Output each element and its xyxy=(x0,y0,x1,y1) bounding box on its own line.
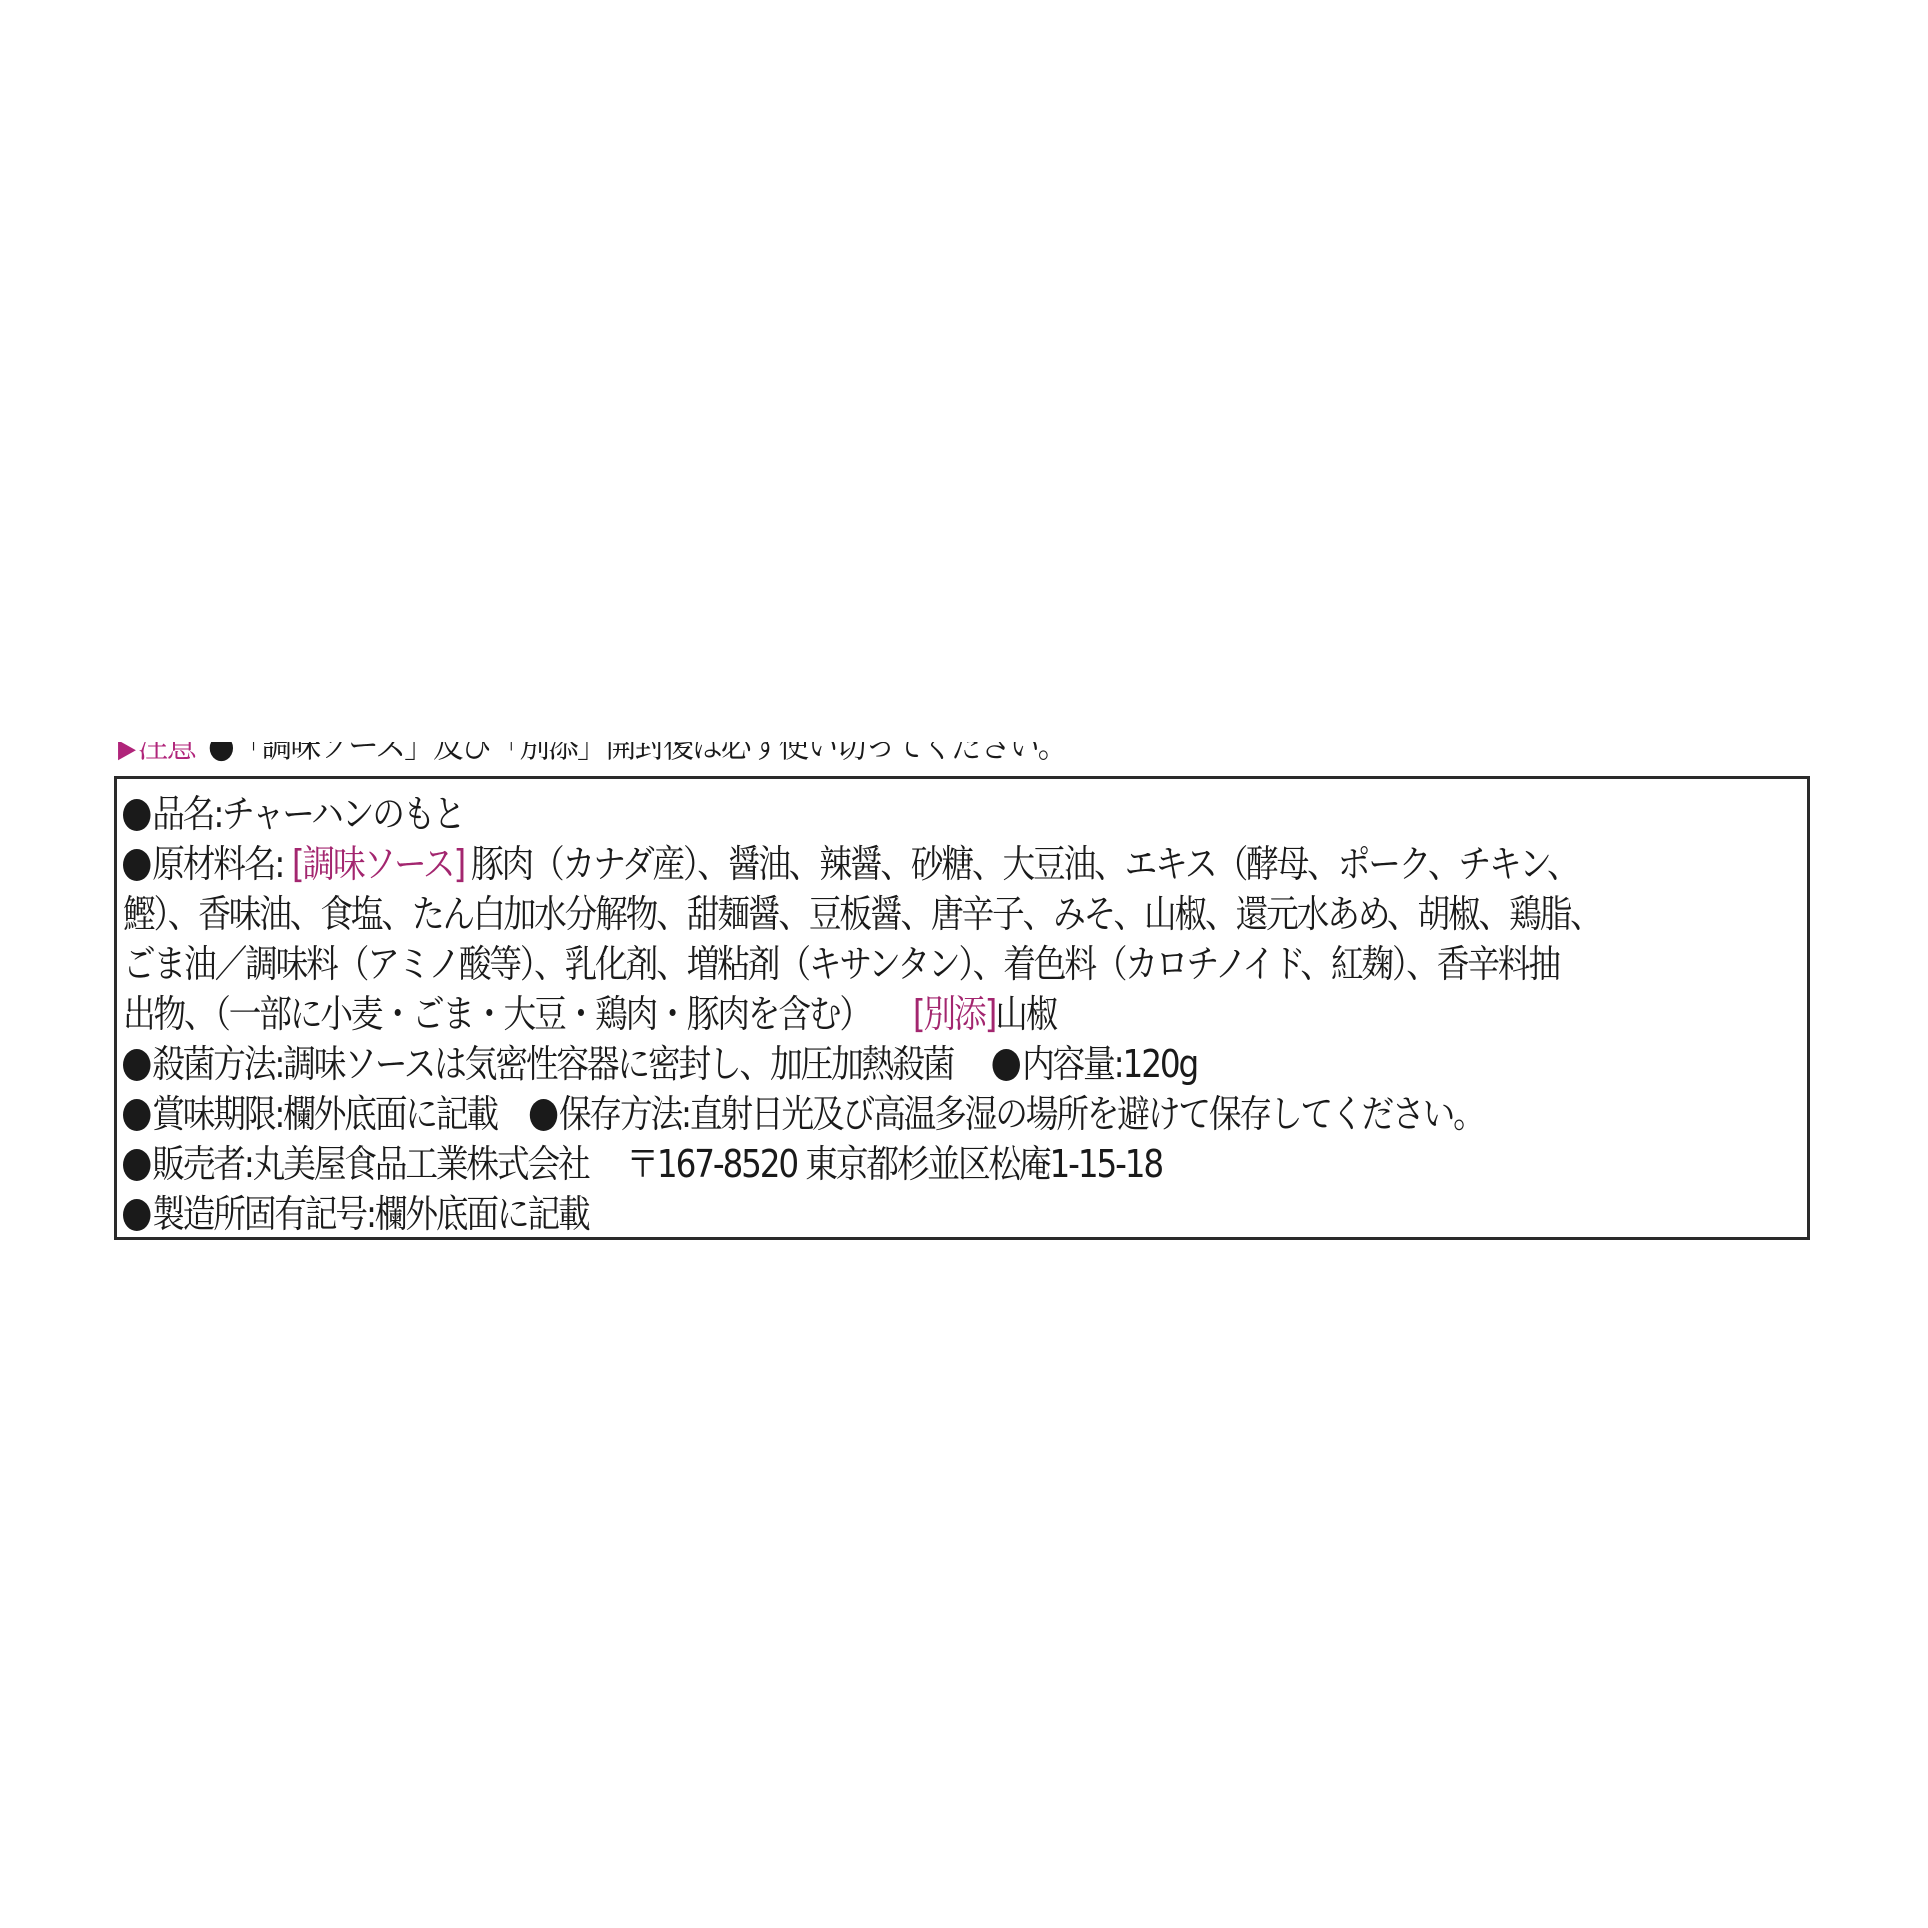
separator: : xyxy=(274,1042,283,1086)
ingredients-key: 原材料名 xyxy=(152,842,274,886)
bullet-icon xyxy=(993,1049,1021,1081)
separator: : xyxy=(366,1192,375,1236)
bullet-icon xyxy=(123,799,151,831)
sterilization-value: 調味ソースは気密性容器に密封し、加圧加熱殺菌 xyxy=(283,1042,953,1086)
sauce-tag: [調味ソース] xyxy=(292,842,464,886)
caution-text: ●「調味ソース」及び「別添」開封後は必ず使い切ってください。 xyxy=(208,742,1067,766)
bullet-icon xyxy=(123,1049,151,1081)
ingredients-line-1: 豚肉（カナダ産）、醤油、辣醤、砂糖、大豆油、エキス（酵母、ポーク、チキン、 xyxy=(471,842,1578,886)
bullet-icon xyxy=(123,1199,151,1231)
row-ingredients-2: 鰹）、香味油、食塩、たん白加水分解物、甜麺醤、豆板醤、唐辛子、みそ、山椒、還元水… xyxy=(123,889,1576,939)
row-best-before-storage: 賞味期限:欄外底面に記載保存方法:直射日光及び高温多湿の場所を避けて保存してくだ… xyxy=(123,1089,1576,1139)
row-ingredients-4: 出物、（一部に小麦・ごま・大豆・鶏肉・豚肉を含む）[別添]山椒 xyxy=(123,989,1576,1039)
caution-notice: ▶注意●「調味ソース」及び「別添」開封後は必ず使い切ってください。 xyxy=(118,742,1067,768)
ingredients-line-2: 鰹）、香味油、食塩、たん白加水分解物、甜麺醤、豆板醤、唐辛子、みそ、山椒、還元水… xyxy=(123,892,1601,936)
separator: : xyxy=(681,1092,690,1136)
bullet-icon xyxy=(123,1149,151,1181)
extra-value: 山椒 xyxy=(995,992,1056,1036)
separator: : xyxy=(1114,1042,1123,1086)
food-label-box: 品名:チャーハンのもと 原材料名:[調味ソース]豚肉（カナダ産）、醤油、辣醤、砂… xyxy=(114,776,1810,1240)
separator: : xyxy=(274,1092,283,1136)
row-sterilization: 殺菌方法:調味ソースは気密性容器に密封し、加圧加熱殺菌内容量:120g xyxy=(123,1039,1576,1089)
net-content-key: 内容量 xyxy=(1022,1042,1114,1086)
separator: : xyxy=(274,842,283,886)
product-name-value: チャーハンのもと xyxy=(222,792,464,836)
factory-code-key: 製造所固有記号 xyxy=(152,1192,366,1236)
label-rows: 品名:チャーハンのもと 原材料名:[調味ソース]豚肉（カナダ産）、醤油、辣醤、砂… xyxy=(123,789,1813,1239)
caution-line-clipped: ▶注意●「調味ソース」及び「別添」開封後は必ず使い切ってください。 xyxy=(118,742,1618,768)
best-before-value: 欄外底面に記載 xyxy=(283,1092,497,1136)
bullet-icon xyxy=(530,1099,558,1131)
row-ingredients-1: 原材料名:[調味ソース]豚肉（カナダ産）、醤油、辣醤、砂糖、大豆油、エキス（酵母… xyxy=(123,839,1576,889)
extra-tag: [別添] xyxy=(913,992,995,1036)
sterilization-key: 殺菌方法 xyxy=(152,1042,274,1086)
factory-code-value: 欄外底面に記載 xyxy=(375,1192,589,1236)
ingredients-line-3: ごま油／調味料（アミノ酸等）、乳化剤、増粘剤（キサンタン）、着色料（カロチノイド… xyxy=(123,942,1559,986)
row-ingredients-3: ごま油／調味料（アミノ酸等）、乳化剤、増粘剤（キサンタン）、着色料（カロチノイド… xyxy=(123,939,1576,989)
row-seller: 販売者:丸美屋食品工業株式会社〒167-8520 東京都杉並区松庵1-15-18 xyxy=(123,1139,1576,1189)
row-product-name: 品名:チャーハンのもと xyxy=(123,789,1576,839)
best-before-key: 賞味期限 xyxy=(152,1092,274,1136)
bullet-icon xyxy=(123,849,151,881)
storage-key: 保存方法 xyxy=(559,1092,681,1136)
seller-key: 販売者 xyxy=(152,1142,244,1186)
separator: : xyxy=(244,1142,253,1186)
ingredients-line-4: 出物、（一部に小麦・ごま・大豆・鶏肉・豚肉を含む） xyxy=(123,992,870,1036)
row-factory-code: 製造所固有記号:欄外底面に記載 xyxy=(123,1189,1576,1239)
net-content-value: 120g xyxy=(1123,1042,1198,1086)
storage-value: 直射日光及び高温多湿の場所を避けて保存してください。 xyxy=(690,1092,1484,1136)
seller-address: 〒167-8520 東京都杉並区松庵1-15-18 xyxy=(626,1142,1162,1186)
seller-value: 丸美屋食品工業株式会社 xyxy=(253,1142,589,1186)
triangle-marker-icon: ▶ xyxy=(118,742,134,764)
bullet-icon xyxy=(123,1099,151,1131)
caution-label: 注意 xyxy=(138,742,196,766)
product-name-key: 品名 xyxy=(152,792,213,836)
separator: : xyxy=(213,792,222,836)
